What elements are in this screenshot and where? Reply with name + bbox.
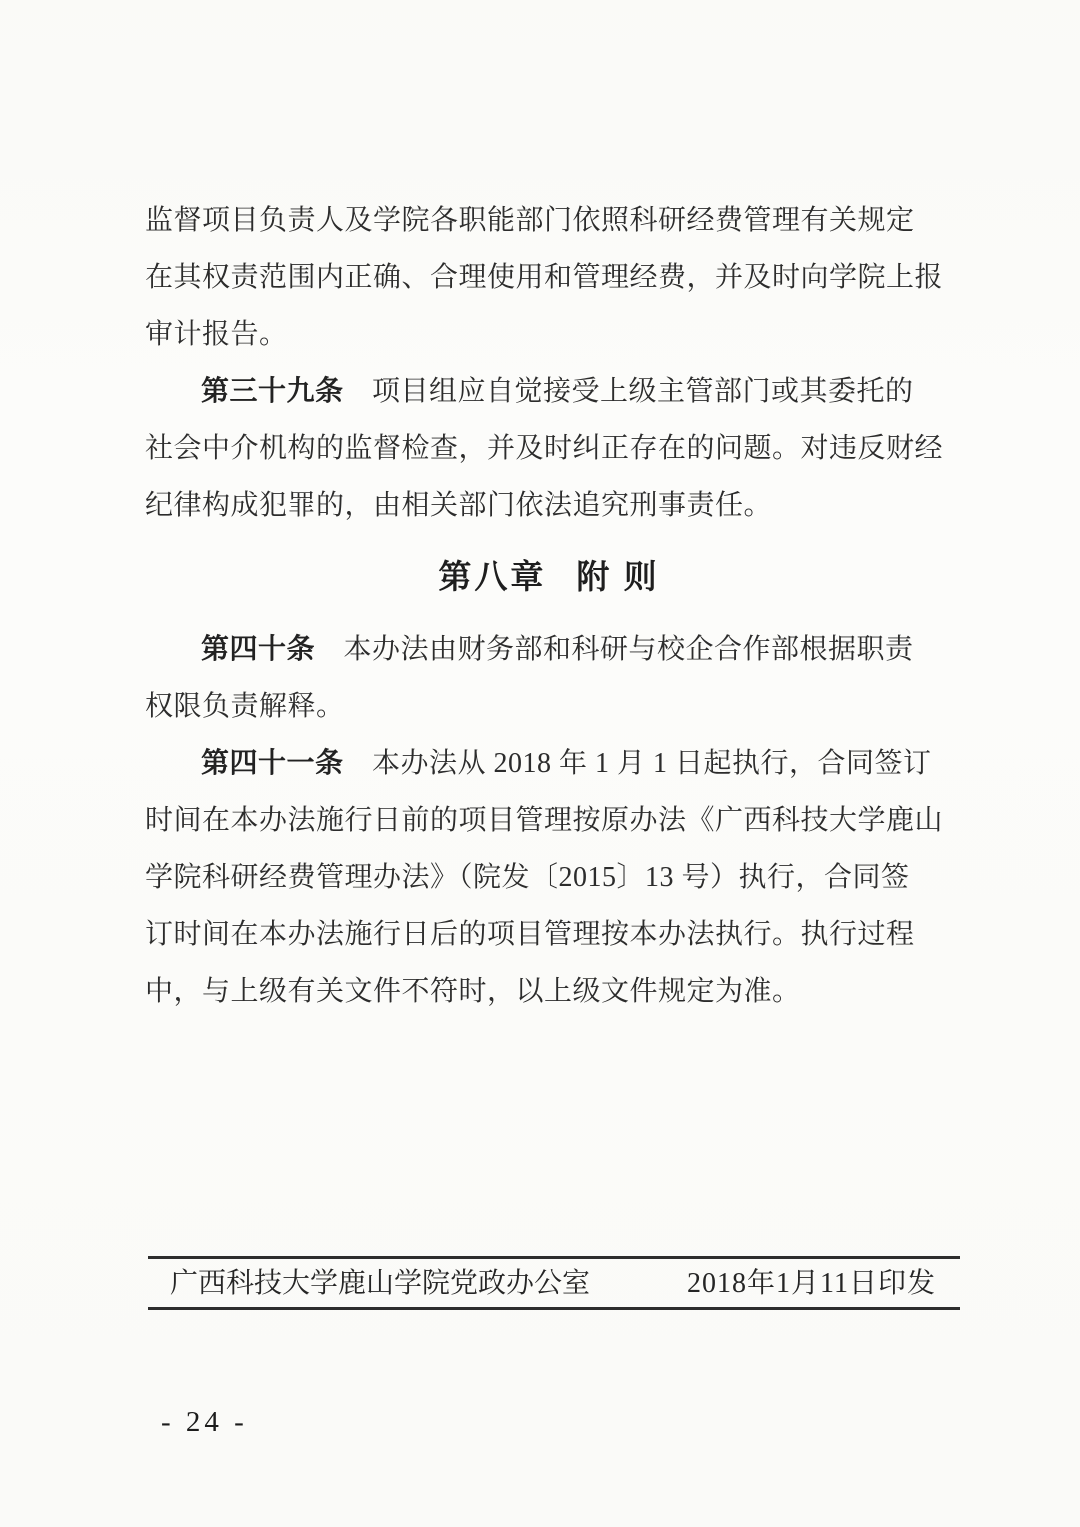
- article-40-label: 第四十条: [201, 634, 315, 665]
- document-page: 监督项目负责人及学院各职能部门依照科研经费管理有关规定 在其权责范围内正确、合理…: [0, 0, 1080, 1527]
- article-39-label: 第三十九条: [201, 376, 344, 407]
- footer-bar: 广西科技大学鹿山学院党政办公室 2018年1月11日印发: [148, 1256, 960, 1310]
- document-body: 监督项目负责人及学院各职能部门依照科研经费管理有关规定 在其权责范围内正确、合理…: [145, 192, 953, 1020]
- paragraph-text: 监督项目负责人及学院各职能部门依照科研经费管理有关规定 在其权责范围内正确、合理…: [145, 205, 943, 350]
- paragraph-article-40: 第四十条 本办法由财务部和科研与校企合作部根据职责 权限负责解释。: [145, 621, 953, 735]
- print-date: 2018年1月11日印发: [687, 1267, 936, 1300]
- paragraph-article-39: 第三十九条 项目组应自觉接受上级主管部门或其委托的 社会中介机构的监督检查，并及…: [145, 363, 953, 534]
- article-41-text: 本办法从 2018 年 1 月 1 日起执行，合同签订 时间在本办法施行日前的项…: [145, 748, 943, 1007]
- paragraph-continuation: 监督项目负责人及学院各职能部门依照科研经费管理有关规定 在其权责范围内正确、合理…: [145, 192, 953, 363]
- article-41-label: 第四十一条: [201, 748, 344, 779]
- chapter-title: 附 则: [576, 550, 659, 607]
- chapter-number: 第八章: [438, 550, 546, 607]
- issuing-office: 广西科技大学鹿山学院党政办公室: [170, 1267, 590, 1300]
- paragraph-article-41: 第四十一条 本办法从 2018 年 1 月 1 日起执行，合同签订 时间在本办法…: [145, 735, 953, 1020]
- page-number: - 24 -: [161, 1406, 248, 1439]
- chapter-heading: 第八章 附 则: [145, 550, 953, 607]
